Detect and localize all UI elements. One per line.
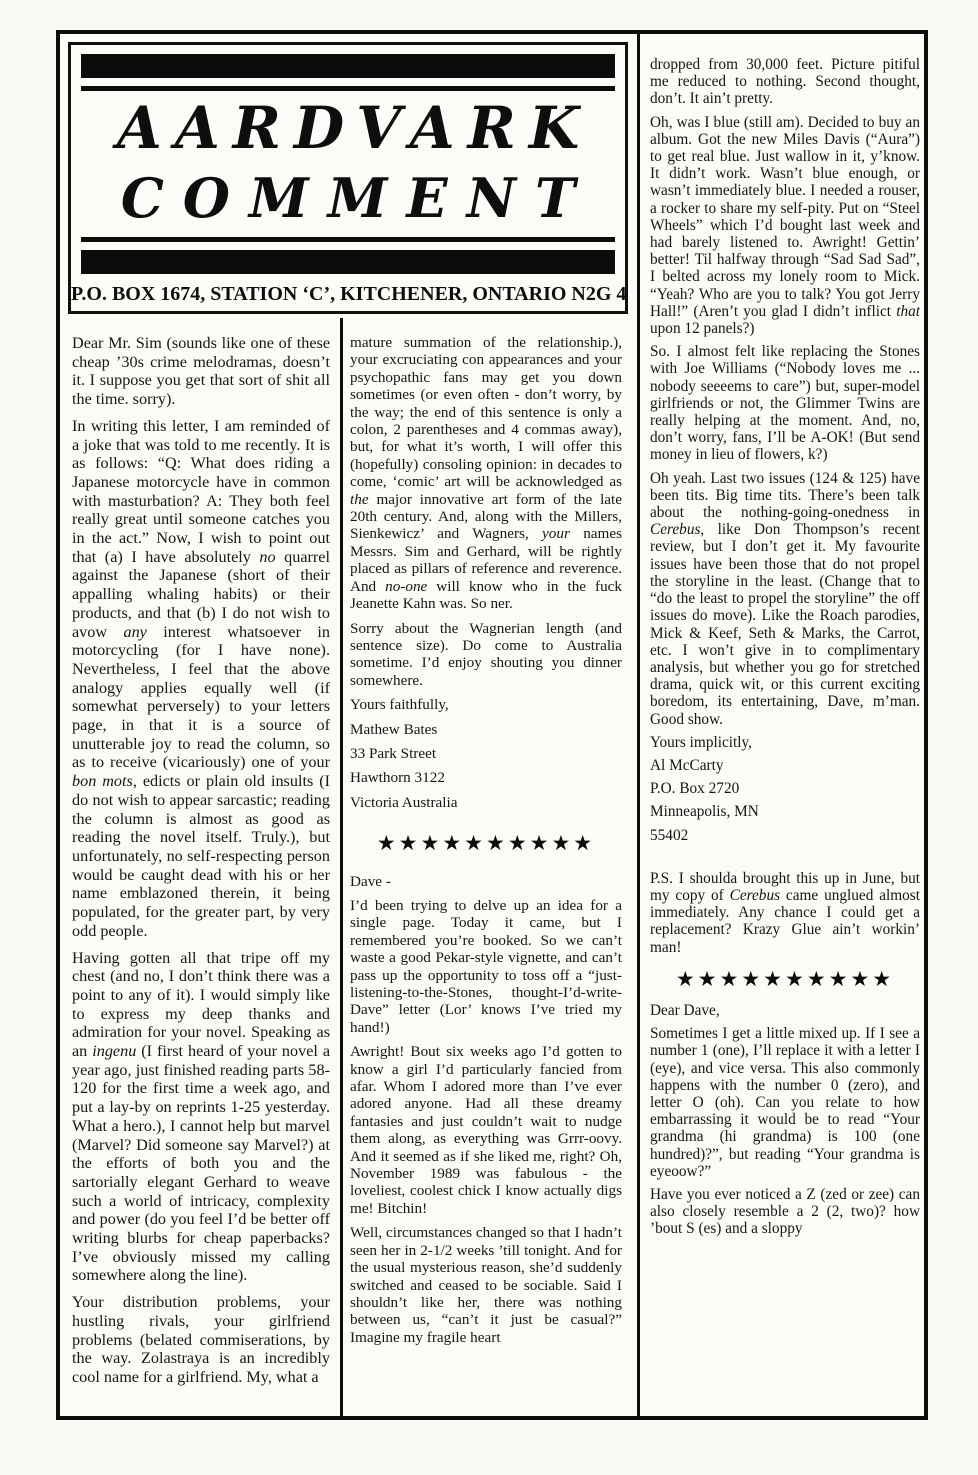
page-frame: AARDVARK COMMENT P.O. BOX 1674, STATION … bbox=[56, 30, 928, 1420]
masthead-top-bar bbox=[81, 54, 615, 78]
masthead-title-line1: AARDVARK bbox=[71, 91, 625, 165]
letter1-paragraph: Sorry about the Wagnerian length (and se… bbox=[350, 620, 622, 690]
column-divider-left bbox=[340, 318, 343, 1416]
masthead-address: P.O. BOX 1674, STATION ‘C’, KITCHENER, O… bbox=[71, 282, 625, 307]
letter2-postscript: P.S. I shoulda brought this up in June, … bbox=[650, 870, 920, 956]
letter3-paragraph: Have you ever noticed a Z (zed or zee) c… bbox=[650, 1186, 920, 1238]
letter2-paragraph: I’d been trying to delve up an idea for … bbox=[350, 897, 622, 1036]
letter2-paragraph: Oh, was I blue (still am). Decided to bu… bbox=[650, 114, 920, 338]
star-divider: ★★★★★★★★★★ bbox=[650, 971, 920, 988]
letter1-paragraph: Your distribution problems, your hustlin… bbox=[72, 1293, 330, 1387]
letter2-closing: Yours implicitly, bbox=[650, 734, 920, 751]
letter1-paragraph-continued: mature summation of the relationship.), … bbox=[350, 334, 622, 613]
letter1-signature-city: Hawthorn 3122 bbox=[350, 769, 622, 786]
masthead: AARDVARK COMMENT P.O. BOX 1674, STATION … bbox=[68, 42, 628, 314]
letter2-paragraph: Oh yeah. Last two issues (124 & 125) hav… bbox=[650, 470, 920, 728]
letter2-paragraph: Awright! Bout six weeks ago I’d gotten t… bbox=[350, 1043, 622, 1217]
letter2-paragraph: So. I almost felt like replacing the Sto… bbox=[650, 343, 920, 463]
letter1-paragraph: Having gotten all that tripe off my ches… bbox=[72, 949, 330, 1286]
letter1-salutation-paragraph: Dear Mr. Sim (sounds like one of these c… bbox=[72, 334, 330, 409]
letter1-signature-street: 33 Park Street bbox=[350, 745, 622, 762]
letter2-signature-box: P.O. Box 2720 bbox=[650, 780, 920, 797]
letter3-salutation: Dear Dave, bbox=[650, 1002, 920, 1019]
letter1-paragraph: In writing this letter, I am reminded of… bbox=[72, 417, 330, 941]
letter1-signature-name: Mathew Bates bbox=[350, 721, 622, 738]
letter1-signature-region: Victoria Australia bbox=[350, 794, 622, 811]
star-divider: ★★★★★★★★★★ bbox=[350, 835, 622, 852]
column-3: dropped from 30,000 feet. Picture pitifu… bbox=[650, 56, 920, 1414]
masthead-title-line2: COMMENT bbox=[71, 167, 625, 229]
letter1-closing: Yours faithfully, bbox=[350, 696, 622, 713]
letter2-signature-name: Al McCarty bbox=[650, 757, 920, 774]
column-divider-right bbox=[637, 34, 640, 1416]
letter2-signature-city: Minneapolis, MN bbox=[650, 803, 920, 820]
masthead-bottom-rule bbox=[81, 237, 615, 242]
letter3-paragraph: Sometimes I get a little mixed up. If I … bbox=[650, 1025, 920, 1180]
letter2-salutation: Dave - bbox=[350, 873, 622, 890]
letter2-signature-zip: 55402 bbox=[650, 827, 920, 844]
column-1: Dear Mr. Sim (sounds like one of these c… bbox=[72, 334, 330, 1414]
letter2-paragraph: Well, circumstances changed so that I ha… bbox=[350, 1224, 622, 1346]
column-2: mature summation of the relationship.), … bbox=[350, 334, 622, 1414]
masthead-bottom-bar bbox=[81, 250, 615, 274]
letter2-paragraph-continued: dropped from 30,000 feet. Picture pitifu… bbox=[650, 56, 920, 108]
